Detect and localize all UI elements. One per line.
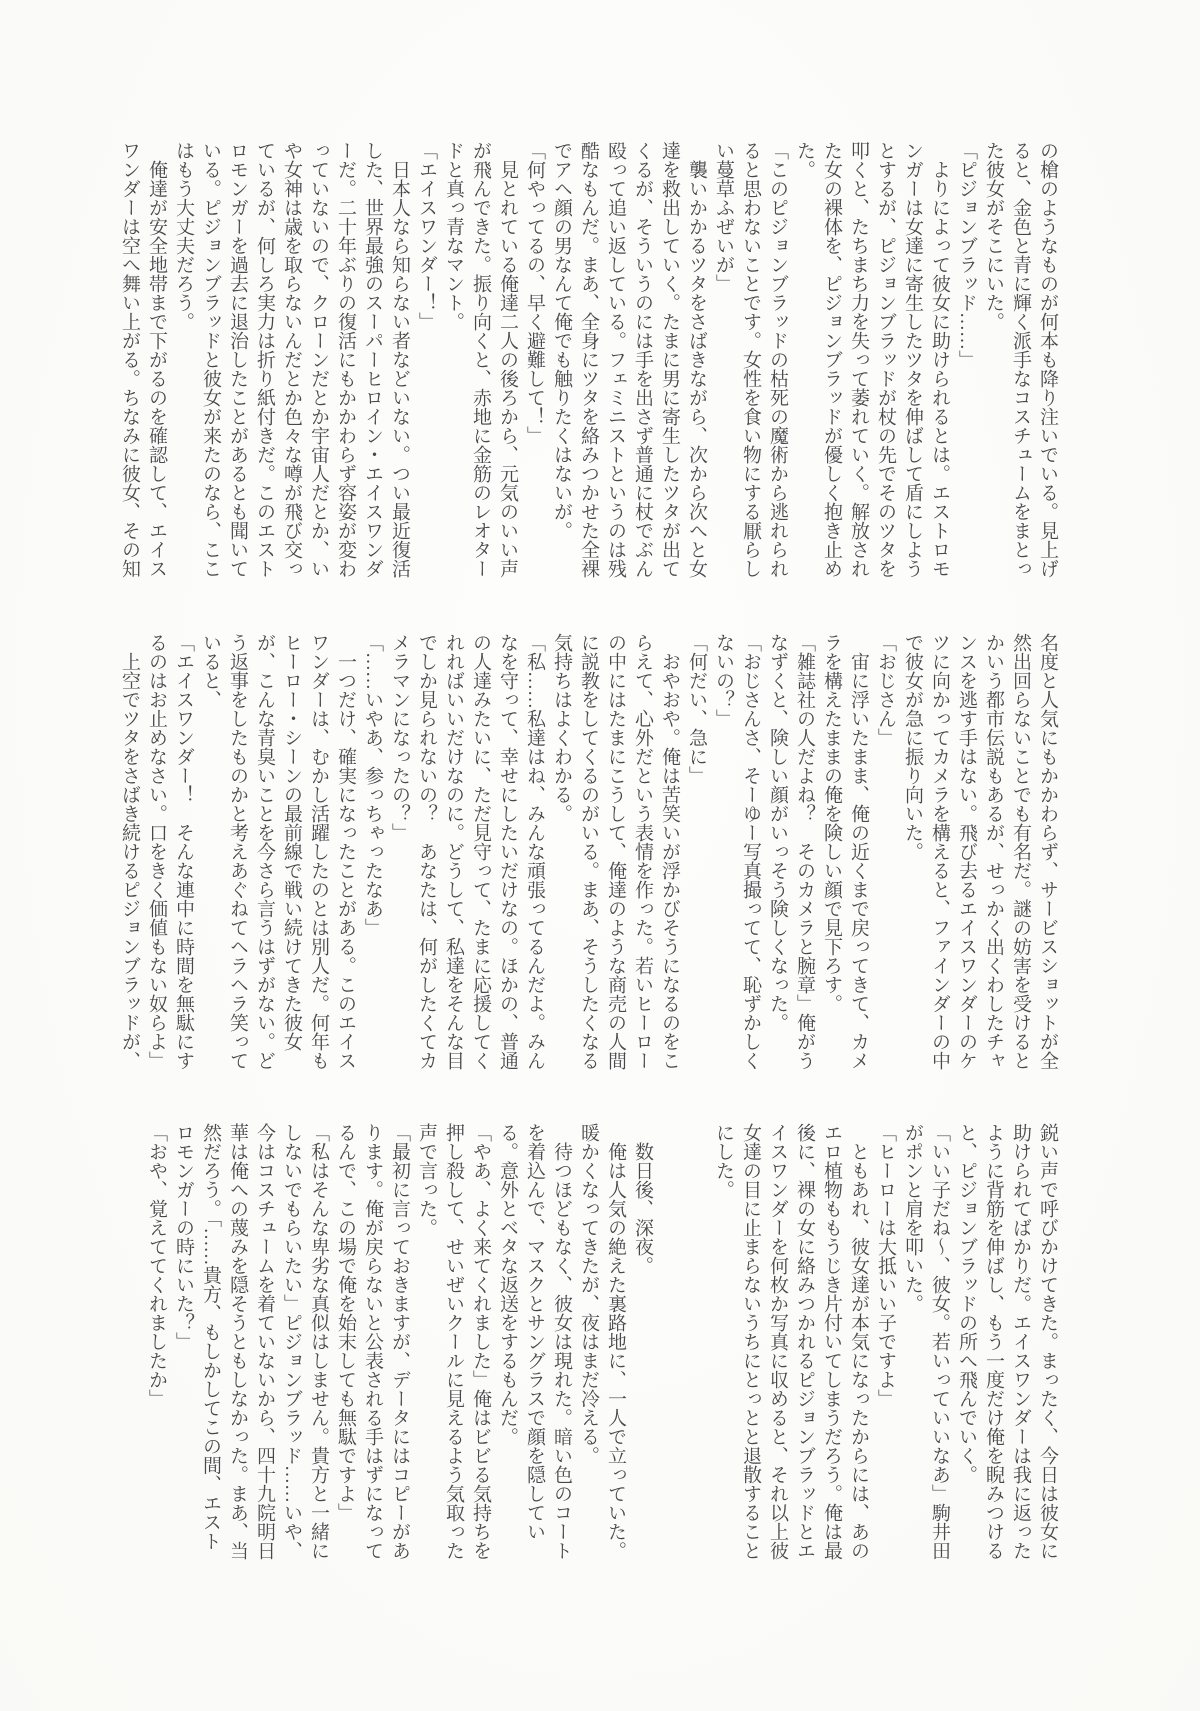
paragraph: 数日後、深夜。 <box>629 1123 656 1565</box>
text-block-middle: 名度と人気にもかかわらず、サービスショットが全然出回らないことでも有名だ。謎の妨… <box>116 633 1061 1075</box>
paragraph: 上空でツタをさばき続けるピジョンブラッドが、 <box>116 633 143 1075</box>
paragraph: 「雑誌社の人だよね？ そのカメラと腕章」俺がうなずくと、険しい顔がいっそう険しく… <box>764 633 818 1075</box>
paragraph: 鋭い声で呼びかけてきた。まったく、今日は彼女に助けられてばかりだ。エイスワンダー… <box>953 1123 1061 1565</box>
paragraph: 一つだけ、確実になったことがある。このエイスワンダーは、むかし活躍したのとは別人… <box>197 633 359 1075</box>
paragraph: 日本人なら知らない者などいない。つい最近復活した、世界最強のスーパーヒロイン・エ… <box>170 141 413 583</box>
paragraph: 俺は人気の絶えた裏路地に、一人で立っていた。 <box>602 1123 629 1565</box>
paragraph: の槍のようなものが何本も降り注いでいる。見上げると、金色と青に輝く派手なコスチュ… <box>980 141 1061 583</box>
paragraph: 「ヒーローは大抵いい子ですよ」 <box>872 1123 899 1565</box>
paragraph: 「何やってるの、早く避難して！」 <box>521 141 548 583</box>
paragraph: 名度と人気にもかかわらず、サービスショットが全然出回らないことでも有名だ。謎の妨… <box>899 633 1061 1075</box>
paragraph: 宙に浮いたまま、俺の近くまで戻ってきて、カメラを構えたままの俺を険しい顔で見下ろ… <box>818 633 872 1075</box>
paragraph: おやおや。俺は苦笑いが浮かびそうになるのをこらえて、心外だという表情を作った。若… <box>548 633 683 1075</box>
paragraph: 見とれている俺達二人の後ろから、元気のいい声が飛んできた。振り向くと、赤地に金筋… <box>440 141 521 583</box>
paragraph: 「私……私達はね、みんな頑張ってるんだよ。みんなを守って、幸せにしたいだけなの。… <box>386 633 548 1075</box>
paragraph: ともあれ、彼女達が本気になったからには、あのエロ植物ももうじき片付いてしまうだろ… <box>710 1123 872 1565</box>
paragraph: 「エイスワンダー！ そんな連中に時間を無駄にするのはお止めなさい。口をきく価値も… <box>143 633 197 1075</box>
paragraph: 「このピジョンブラッドの枯死の魔術から逃れられると思わないことです。女性を食い物… <box>710 141 791 583</box>
paragraph: 待つほどもなく、彼女は現れた。暗い色のコートを着込んで、マスクとサングラスで顔を… <box>494 1123 575 1565</box>
paragraph: 「おや、覚えててくれましたか」 <box>143 1123 170 1565</box>
text-block-top: の槍のようなものが何本も降り注いでいる。見上げると、金色と青に輝く派手なコスチュ… <box>116 141 1061 583</box>
paragraph: 「……いやあ、参っちゃったなあ」 <box>359 633 386 1075</box>
paragraph: 暖かくなってきたが、夜はまだ冷える。 <box>575 1123 602 1565</box>
paragraph: 「エイスワンダー！」 <box>413 141 440 583</box>
paragraph: 「いい子だね〜、彼女。若いっていいなあ」駒井田がポンと肩を叩いた。 <box>899 1123 953 1565</box>
paragraph: 「おじさん」 <box>872 633 899 1075</box>
paragraph: 「やあ、よく来てくれました」俺はビビる気持ちを押し殺して、せいぜいクールに見える… <box>413 1123 494 1565</box>
paragraph: 「最初に言っておきますが、データにはコピーがあります。俺が戻らないと公表される手… <box>332 1123 413 1565</box>
paragraph: 「ピジョンブラッド……」 <box>953 141 980 583</box>
paragraph: 「おじさんさ、そーゆー写真撮ってて、恥ずかしくないの？」 <box>710 633 764 1075</box>
paragraph: 俺達が安全地帯まで下がるのを確認して、エイスワンダーは空へ舞い上がる。ちなみに彼… <box>116 141 170 583</box>
paragraph: 「何だい、急に」 <box>683 633 710 1075</box>
paragraph: よりによって彼女に助けられるとは。エストロモンガーは女達に寄生したツタを伸ばして… <box>791 141 953 583</box>
page: の槍のようなものが何本も降り注いでいる。見上げると、金色と青に輝く派手なコスチュ… <box>0 0 1200 1711</box>
text-block-bottom: 鋭い声で呼びかけてきた。まったく、今日は彼女に助けられてばかりだ。エイスワンダー… <box>143 1123 1061 1565</box>
paragraph: 「私はそんな卑劣な真似はしません。貴方と一緒にしないでもらいたい」ピジョンブラッ… <box>170 1123 332 1565</box>
paragraph: 襲いかかるツタをさばきながら、次から次へと女達を救出していく。たまに男に寄生した… <box>548 141 710 583</box>
